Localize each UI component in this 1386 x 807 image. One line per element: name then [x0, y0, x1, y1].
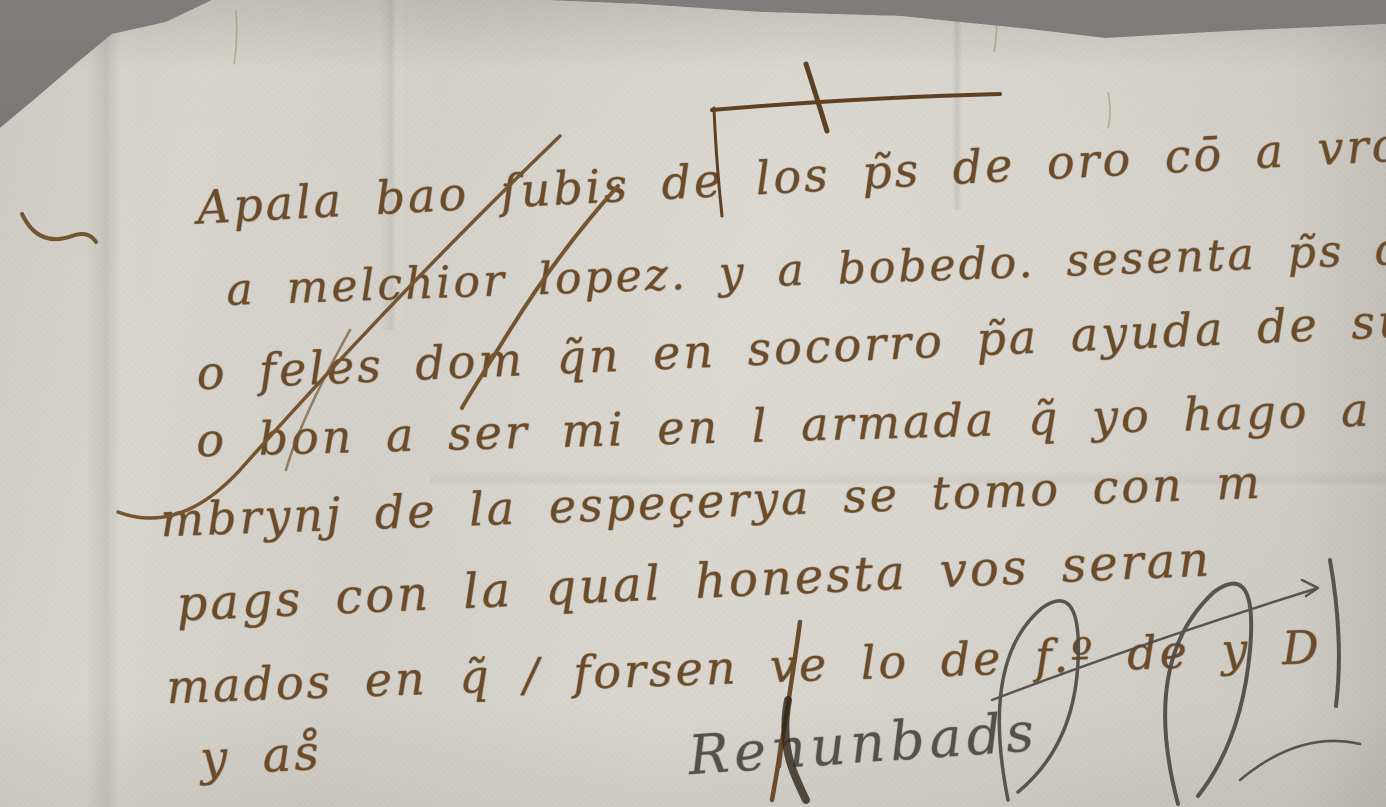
manuscript-page: Apala bao ſubis de los p̃s de oro cō a v… — [0, 0, 1386, 807]
manuscript-line: y as̊ — [199, 725, 323, 787]
manuscript-photo: Apala bao ſubis de los p̃s de oro cō a v… — [0, 0, 1386, 807]
